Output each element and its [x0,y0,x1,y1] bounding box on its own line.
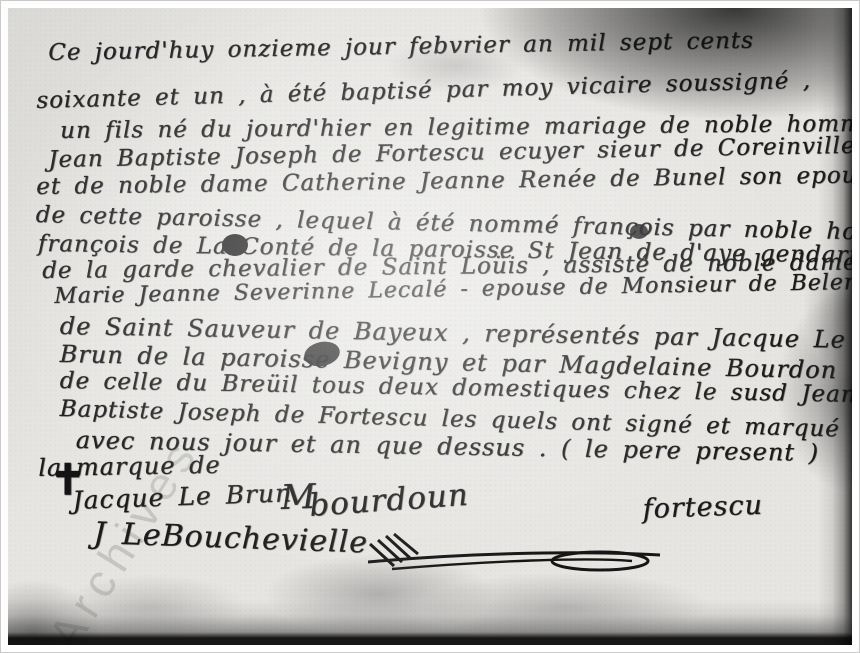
manuscript-photo: Archives Ce jourd'huy onzieme jour febvr… [8,8,852,645]
signature-bourdoun: bourdoun [308,477,470,524]
manuscript-line: soixante et un , à été baptisé par moy v… [36,68,811,114]
signature-fortescu: fortescu [642,490,763,525]
signature-flourish [368,528,668,578]
signature-jacque-le-brun: Jacque Le Brun [72,478,293,515]
ink-blot [630,224,648,239]
manuscript-line: Ce jourd'huy onzieme jour febvrier an mi… [48,28,754,66]
photo-frame: Archives Ce jourd'huy onzieme jour febvr… [0,0,860,653]
ink-blot [222,234,248,256]
